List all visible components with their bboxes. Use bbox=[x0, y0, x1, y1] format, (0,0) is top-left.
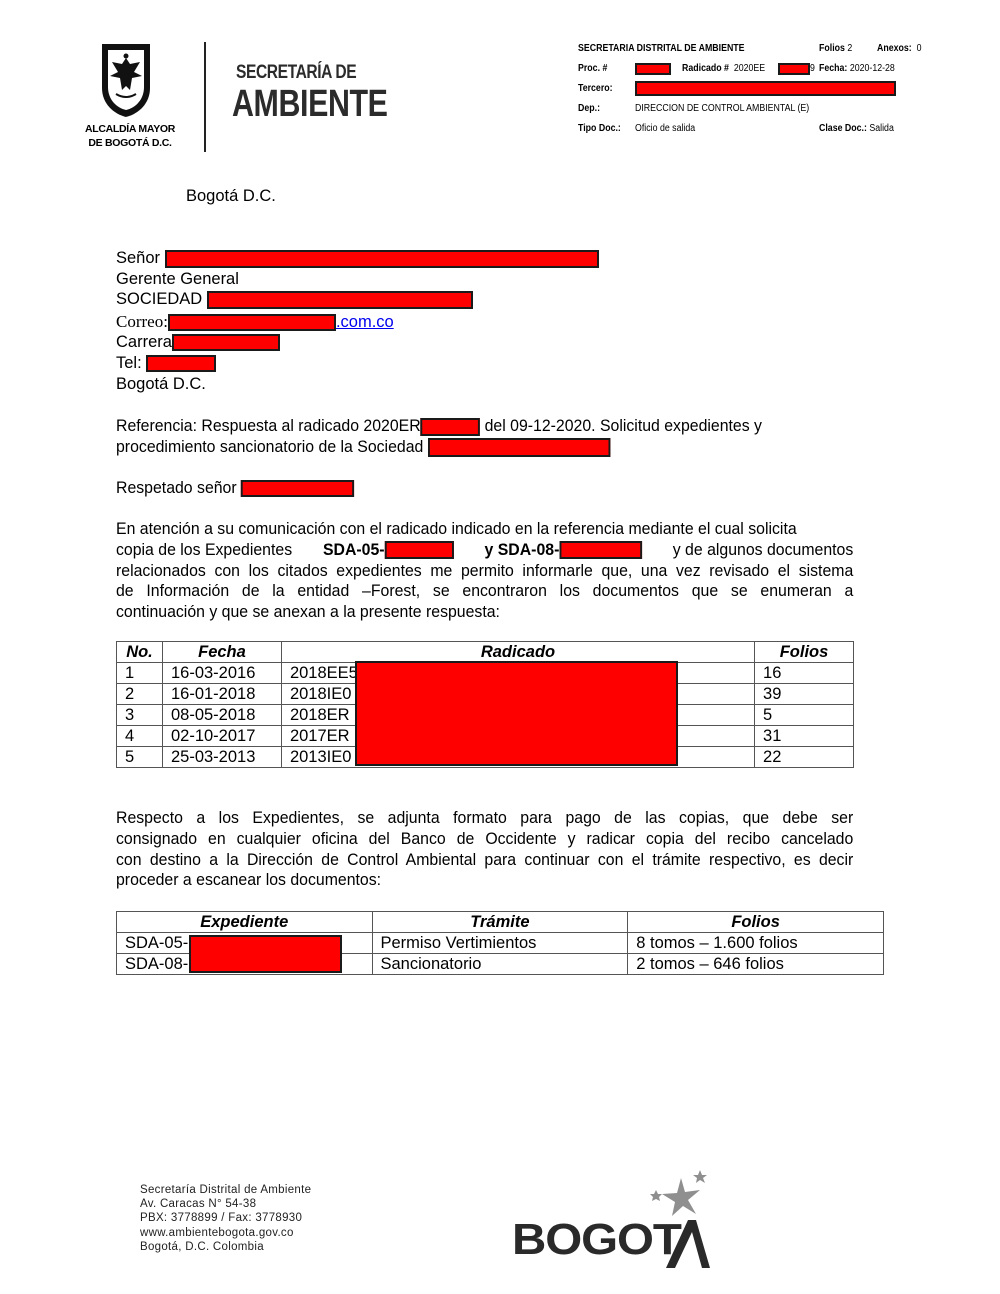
documents-table-header: No. Fecha Radicado Folios bbox=[117, 642, 854, 663]
cell-fecha: 16-03-2016 bbox=[162, 663, 281, 684]
redaction-expediente-numbers bbox=[189, 935, 342, 973]
addressee-company: SOCIEDAD bbox=[116, 289, 473, 310]
meta-anexos: Anexos: 0 bbox=[877, 43, 922, 54]
p1-line5: continuación y que se anexan a la presen… bbox=[116, 602, 853, 623]
col-tramite: Trámite bbox=[372, 912, 628, 933]
cell-folios: 5 bbox=[755, 705, 854, 726]
cell-fecha: 25-03-2013 bbox=[162, 747, 281, 768]
alcaldia-logo-text: ALCALDÍA MAYOR DE BOGOTÁ D.C. bbox=[80, 122, 180, 150]
redaction-reference-company bbox=[428, 438, 610, 457]
bogota-logo-stars-icon bbox=[648, 1168, 718, 1274]
p1-line2: copia de los Expedientes SDA-05- y SDA-0… bbox=[116, 540, 853, 561]
meta-proc-label: Proc. # bbox=[578, 63, 607, 74]
cell-no: 5 bbox=[117, 747, 163, 768]
meta-folios: Folios 2 bbox=[819, 43, 852, 54]
footer-line3: PBX: 3778899 / Fax: 3778930 bbox=[140, 1211, 311, 1225]
addressee-city: Bogotá D.C. bbox=[116, 374, 206, 395]
cell-no: 3 bbox=[117, 705, 163, 726]
cell-folios: 39 bbox=[755, 684, 854, 705]
col-folios: Folios bbox=[755, 642, 854, 663]
col-radicado: Radicado bbox=[281, 642, 754, 663]
cell-fecha: 08-05-2018 bbox=[162, 705, 281, 726]
secretaria-logo-line2: AMBIENTE bbox=[232, 83, 388, 126]
addressee-email: Correo:.com.co bbox=[116, 311, 394, 333]
email-link[interactable]: .com.co bbox=[336, 313, 394, 331]
redaction-tel bbox=[146, 355, 216, 372]
footer-line5: Bogotá, D.C. Colombia bbox=[140, 1240, 311, 1254]
cell-fecha: 16-01-2018 bbox=[162, 684, 281, 705]
p1-line1: En atención a su comunicación con el rad… bbox=[116, 519, 853, 540]
redaction-expediente-05 bbox=[385, 541, 454, 559]
cell-tramite: Sancionatorio bbox=[372, 954, 628, 975]
redaction-email bbox=[168, 314, 336, 331]
reference-line2: procedimiento sancionatorio de la Socied… bbox=[116, 437, 610, 458]
header-divider bbox=[204, 42, 206, 152]
alcaldia-line2: DE BOGOTÁ D.C. bbox=[80, 136, 180, 150]
meta-radicado: Radicado # 2020EE bbox=[682, 63, 765, 74]
addressee-tel: Tel: bbox=[116, 353, 216, 374]
footer-website-link[interactable]: www.ambientebogota.gov.co bbox=[140, 1226, 311, 1240]
meta-tipo-doc: Tipo Doc.: bbox=[578, 123, 621, 134]
meta-clase-doc: Clase Doc.: Salida bbox=[819, 123, 894, 134]
meta-tipo-doc-value: Oficio de salida bbox=[635, 123, 695, 134]
redaction-addressee-name bbox=[165, 250, 599, 268]
redaction-proc bbox=[635, 63, 671, 75]
meta-dep: Dep.: bbox=[578, 103, 600, 114]
p2-line1: Respecto a los Expedientes, se adjunta f… bbox=[116, 808, 853, 829]
redaction-radicado bbox=[778, 63, 810, 75]
redaction-greeting-name bbox=[241, 480, 354, 497]
cell-folios: 8 tomos – 1.600 folios bbox=[628, 933, 884, 954]
col-fecha: Fecha bbox=[162, 642, 281, 663]
cell-no: 1 bbox=[117, 663, 163, 684]
footer-address: Secretaría Distrital de Ambiente Av. Car… bbox=[140, 1183, 311, 1254]
cell-fecha: 02-10-2017 bbox=[162, 726, 281, 747]
p1-line4: de Información de la entidad –Forest, se… bbox=[116, 581, 853, 602]
addressee-address: Carrera bbox=[116, 332, 280, 353]
redaction-address bbox=[172, 334, 280, 351]
meta-dep-value: DIRECCION DE CONTROL AMBIENTAL (E) bbox=[635, 103, 809, 114]
p1-line3: relacionados con los citados expedientes… bbox=[116, 561, 853, 582]
cell-folios: 31 bbox=[755, 726, 854, 747]
redaction-reference-radicado bbox=[421, 418, 481, 436]
cell-folios: 2 tomos – 646 folios bbox=[628, 954, 884, 975]
cell-folios: 22 bbox=[755, 747, 854, 768]
col-no: No. bbox=[117, 642, 163, 663]
bogota-coat-of-arms-icon bbox=[100, 42, 152, 118]
cell-tramite: Permiso Vertimientos bbox=[372, 933, 628, 954]
greeting: Respetado señor bbox=[116, 478, 354, 499]
paragraph-1: En atención a su comunicación con el rad… bbox=[116, 519, 853, 623]
redaction-expediente-08 bbox=[559, 541, 642, 559]
addressee-salutation: Señor bbox=[116, 248, 599, 269]
p2-line4: proceder a escanear los documentos: bbox=[116, 870, 853, 891]
redaction-radicado-numbers bbox=[355, 661, 678, 766]
reference-line1: Referencia: Respuesta al radicado 2020ER… bbox=[116, 416, 762, 437]
footer-line2: Av. Caracas N° 54-38 bbox=[140, 1197, 311, 1211]
meta-tercero-label: Tercero: bbox=[578, 83, 613, 94]
addressee-position: Gerente General bbox=[116, 269, 239, 290]
meta-fecha: Fecha: 2020-12-28 bbox=[819, 63, 895, 74]
redaction-tercero bbox=[635, 81, 896, 96]
city-date: Bogotá D.C. bbox=[186, 186, 276, 207]
redaction-company-name bbox=[207, 291, 473, 309]
meta-entity: SECRETARIA DISTRITAL DE AMBIENTE bbox=[578, 43, 745, 54]
alcaldia-line1: ALCALDÍA MAYOR bbox=[80, 122, 180, 136]
cell-folios: 16 bbox=[755, 663, 854, 684]
meta-radicado-suffix: 9 bbox=[810, 63, 815, 74]
cell-no: 2 bbox=[117, 684, 163, 705]
p2-line2: consignado en cualquier oficina del Banc… bbox=[116, 829, 853, 850]
col-folios: Folios bbox=[628, 912, 884, 933]
cell-no: 4 bbox=[117, 726, 163, 747]
paragraph-2: Respecto a los Expedientes, se adjunta f… bbox=[116, 808, 853, 891]
expedientes-table-header: Expediente Trámite Folios bbox=[117, 912, 884, 933]
secretaria-logo-line1: SECRETARÍA DE bbox=[236, 62, 356, 84]
footer-line1: Secretaría Distrital de Ambiente bbox=[140, 1183, 311, 1197]
col-expediente: Expediente bbox=[117, 912, 373, 933]
p2-line3: con destino a la Dirección de Control Am… bbox=[116, 850, 853, 871]
